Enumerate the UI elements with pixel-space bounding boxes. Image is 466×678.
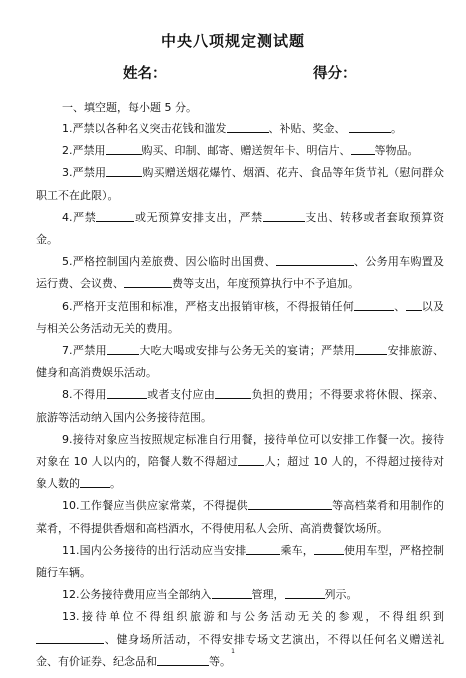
- question-text: 等。: [209, 655, 231, 668]
- question-text: 。: [110, 477, 121, 490]
- answer-blank[interactable]: [80, 475, 110, 488]
- answer-blank[interactable]: [276, 253, 354, 266]
- question-text: 购买、印制、邮寄、赠送贺年卡、明信片、: [142, 144, 351, 157]
- answer-blank[interactable]: [351, 142, 375, 155]
- answer-blank[interactable]: [355, 342, 387, 355]
- section-heading: 一、填空题，每小题 5 分。: [62, 99, 197, 115]
- page-number: 1: [0, 648, 466, 655]
- question-text: 3.严禁用: [62, 166, 106, 179]
- answer-blank[interactable]: [106, 142, 142, 155]
- question-text: 2.严禁用: [62, 144, 106, 157]
- document-page: 中央八项规定测试题 姓名： 得分： 一、填空题，每小题 5 分。 1.严禁以各种…: [0, 0, 466, 678]
- question-text: 1.严禁以各种名义突击花钱和滥发: [62, 122, 227, 135]
- question-list: 1.严禁以各种名义突击花钱和滥发、补贴、奖金、 。2.严禁用购买、印制、邮寄、赠…: [36, 118, 444, 673]
- name-label: 姓名：: [123, 62, 167, 83]
- question-text: 8.不得用: [62, 388, 107, 401]
- score-label: 得分：: [313, 62, 357, 83]
- question-3: 3.严禁用购买赠送烟花爆竹、烟酒、花卉、食品等年货节礼（慰问群众职工不在此限）。: [36, 162, 444, 206]
- question-text: 5.严格控制国内差旅费、因公临时出国费、: [62, 255, 276, 268]
- question-12: 12.公务接待费用应当全部纳入管理，列示。: [36, 584, 444, 606]
- question-text: 、: [394, 300, 406, 313]
- question-text: 10.工作餐应当供应家常菜，不得提供: [62, 499, 248, 512]
- question-text: 乘车，: [280, 544, 313, 557]
- question-text: 。: [391, 122, 402, 135]
- question-6: 6.严格开支范围和标准，严格支出报销审核，不得报销任何、以及与相关公务活动无关的…: [36, 296, 444, 340]
- answer-blank[interactable]: [107, 386, 147, 399]
- question-text: 6.严格开支范围和标准，严格支出报销审核，不得报销任何: [62, 300, 354, 313]
- name-score-row: 姓名： 得分：: [0, 62, 466, 84]
- answer-blank[interactable]: [227, 120, 269, 133]
- answer-blank[interactable]: [106, 164, 142, 177]
- question-8: 8.不得用或者支付应由负担的费用；不得要求将休假、探亲、旅游等活动纳入国内公务接…: [36, 384, 444, 428]
- question-1: 1.严禁以各种名义突击花钱和滥发、补贴、奖金、 。: [36, 118, 444, 140]
- question-7: 7.严禁用大吃大喝或安排与公务无关的宴请；严禁用安排旅游、健身和高消费娱乐活动。: [36, 340, 444, 384]
- answer-blank[interactable]: [406, 298, 422, 311]
- question-text: 7.严禁用: [62, 344, 107, 357]
- question-9: 9.接待对象应当按照规定标准自行用餐，接待单位可以安排工作餐一次。接待对象在 1…: [36, 429, 444, 496]
- answer-blank[interactable]: [124, 275, 172, 288]
- question-text: 、补贴、奖金、: [269, 122, 350, 135]
- question-text: 4.严禁: [62, 211, 96, 224]
- answer-blank[interactable]: [349, 120, 391, 133]
- answer-blank[interactable]: [263, 209, 305, 222]
- answer-blank[interactable]: [238, 453, 264, 466]
- question-text: 大吃大喝或安排与公务无关的宴请；严禁用: [139, 344, 355, 357]
- question-text: 12.公务接待费用应当全部纳入: [62, 588, 212, 601]
- answer-blank[interactable]: [248, 497, 332, 510]
- question-text: 或者支付应由: [147, 388, 215, 401]
- question-11: 11.国内公务接待的出行活动应当安排乘车，使用车型，严格控制随行车辆。: [36, 540, 444, 584]
- question-5: 5.严格控制国内差旅费、因公临时出国费、、公务用车购置及运行费、会议费、费等支出…: [36, 251, 444, 295]
- question-text: 费等支出，年度预算执行中不予追加。: [172, 277, 359, 290]
- question-13: 13.接待单位不得组织旅游和与公务活动无关的参观，不得组织到、健身场所活动，不得…: [36, 606, 444, 673]
- answer-blank[interactable]: [285, 586, 325, 599]
- question-10: 10.工作餐应当供应家常菜，不得提供等高档菜肴和用制作的菜肴，不得提供香烟和高档…: [36, 495, 444, 539]
- answer-blank[interactable]: [107, 342, 139, 355]
- answer-blank[interactable]: [215, 386, 251, 399]
- question-text: 列示。: [325, 588, 358, 601]
- answer-blank[interactable]: [212, 586, 252, 599]
- question-4: 4.严禁或无预算安排支出，严禁支出、转移或者套取预算资金。: [36, 207, 444, 251]
- answer-blank[interactable]: [314, 542, 344, 555]
- answer-blank[interactable]: [354, 298, 394, 311]
- question-text: 等物品。: [375, 144, 419, 157]
- answer-blank[interactable]: [36, 631, 104, 644]
- answer-blank[interactable]: [246, 542, 280, 555]
- answer-blank[interactable]: [96, 209, 134, 222]
- question-2: 2.严禁用购买、印制、邮寄、赠送贺年卡、明信片、等物品。: [36, 140, 444, 162]
- question-text: 管理，: [252, 588, 285, 601]
- question-text: 13.接待单位不得组织旅游和与公务活动无关的参观，不得组织到: [62, 610, 444, 623]
- page-title: 中央八项规定测试题: [0, 30, 466, 51]
- question-text: 或无预算安排支出，严禁: [134, 211, 262, 224]
- question-text: 11.国内公务接待的出行活动应当安排: [62, 544, 246, 557]
